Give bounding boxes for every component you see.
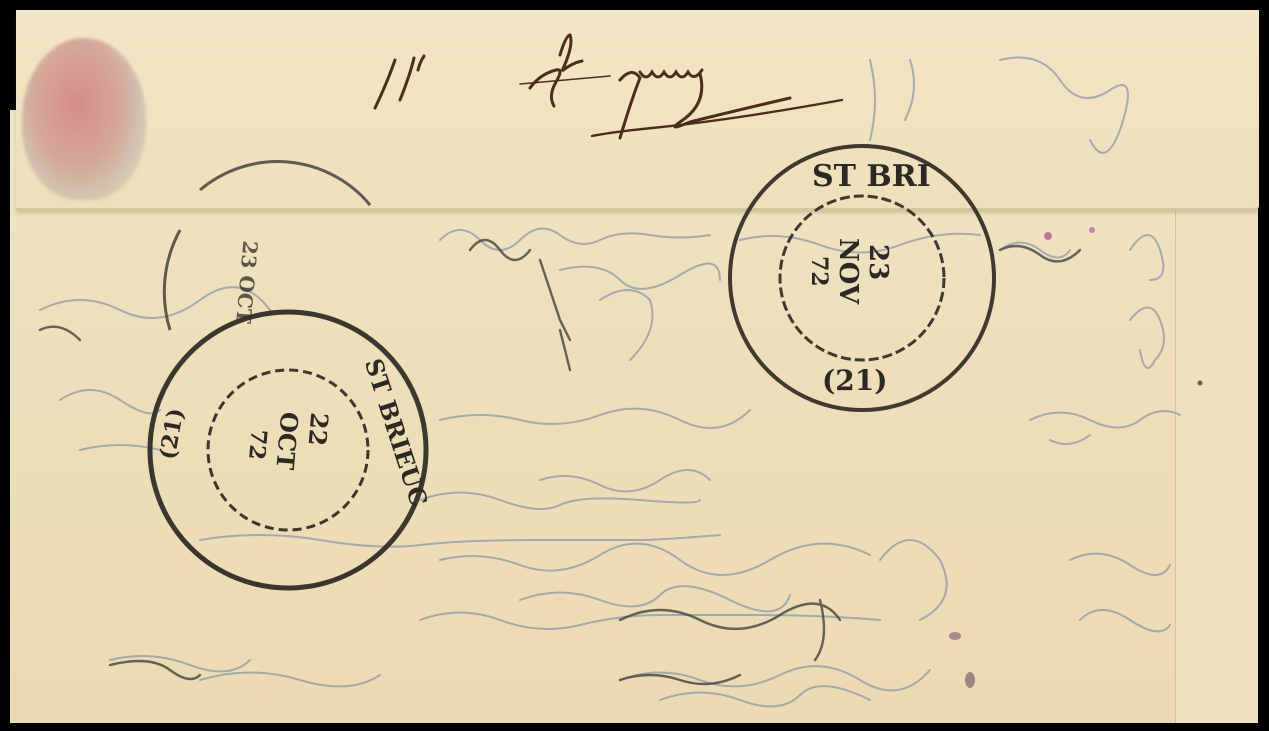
postmark-left-year: 72: [243, 428, 272, 461]
ink-layer: ST BRI 23 NOV 72 (21) 22 OCT 72 ST BRIEU…: [0, 0, 1269, 731]
postmark-left-day: 22: [303, 411, 335, 447]
ink-spot: [949, 632, 961, 640]
pencil-writing: [40, 58, 1180, 707]
handwritten-address: [375, 35, 842, 138]
postmark-left-bottom-text: (21): [155, 406, 190, 461]
postmark-top-right-year: 72: [806, 256, 832, 287]
postmark-top-right-month: NOV: [833, 238, 863, 305]
ink-spot: [1044, 232, 1052, 240]
postmark-top-right-bottom-text: (21): [822, 364, 887, 397]
photo-background: ST BRI 23 NOV 72 (21) 22 OCT 72 ST BRIEU…: [0, 0, 1269, 731]
postmark-left-partial: [164, 162, 370, 330]
postmark-top-right-day: 23: [863, 244, 893, 280]
ink-spot: [1089, 227, 1095, 233]
ink-spot: [965, 672, 975, 688]
postmark-left-month: OCT: [270, 411, 304, 471]
postmark-partial-date: 23 OCT: [231, 240, 262, 325]
postmark-top-right-top-text: ST BRI: [812, 159, 931, 194]
ink-spot: [1198, 381, 1203, 386]
